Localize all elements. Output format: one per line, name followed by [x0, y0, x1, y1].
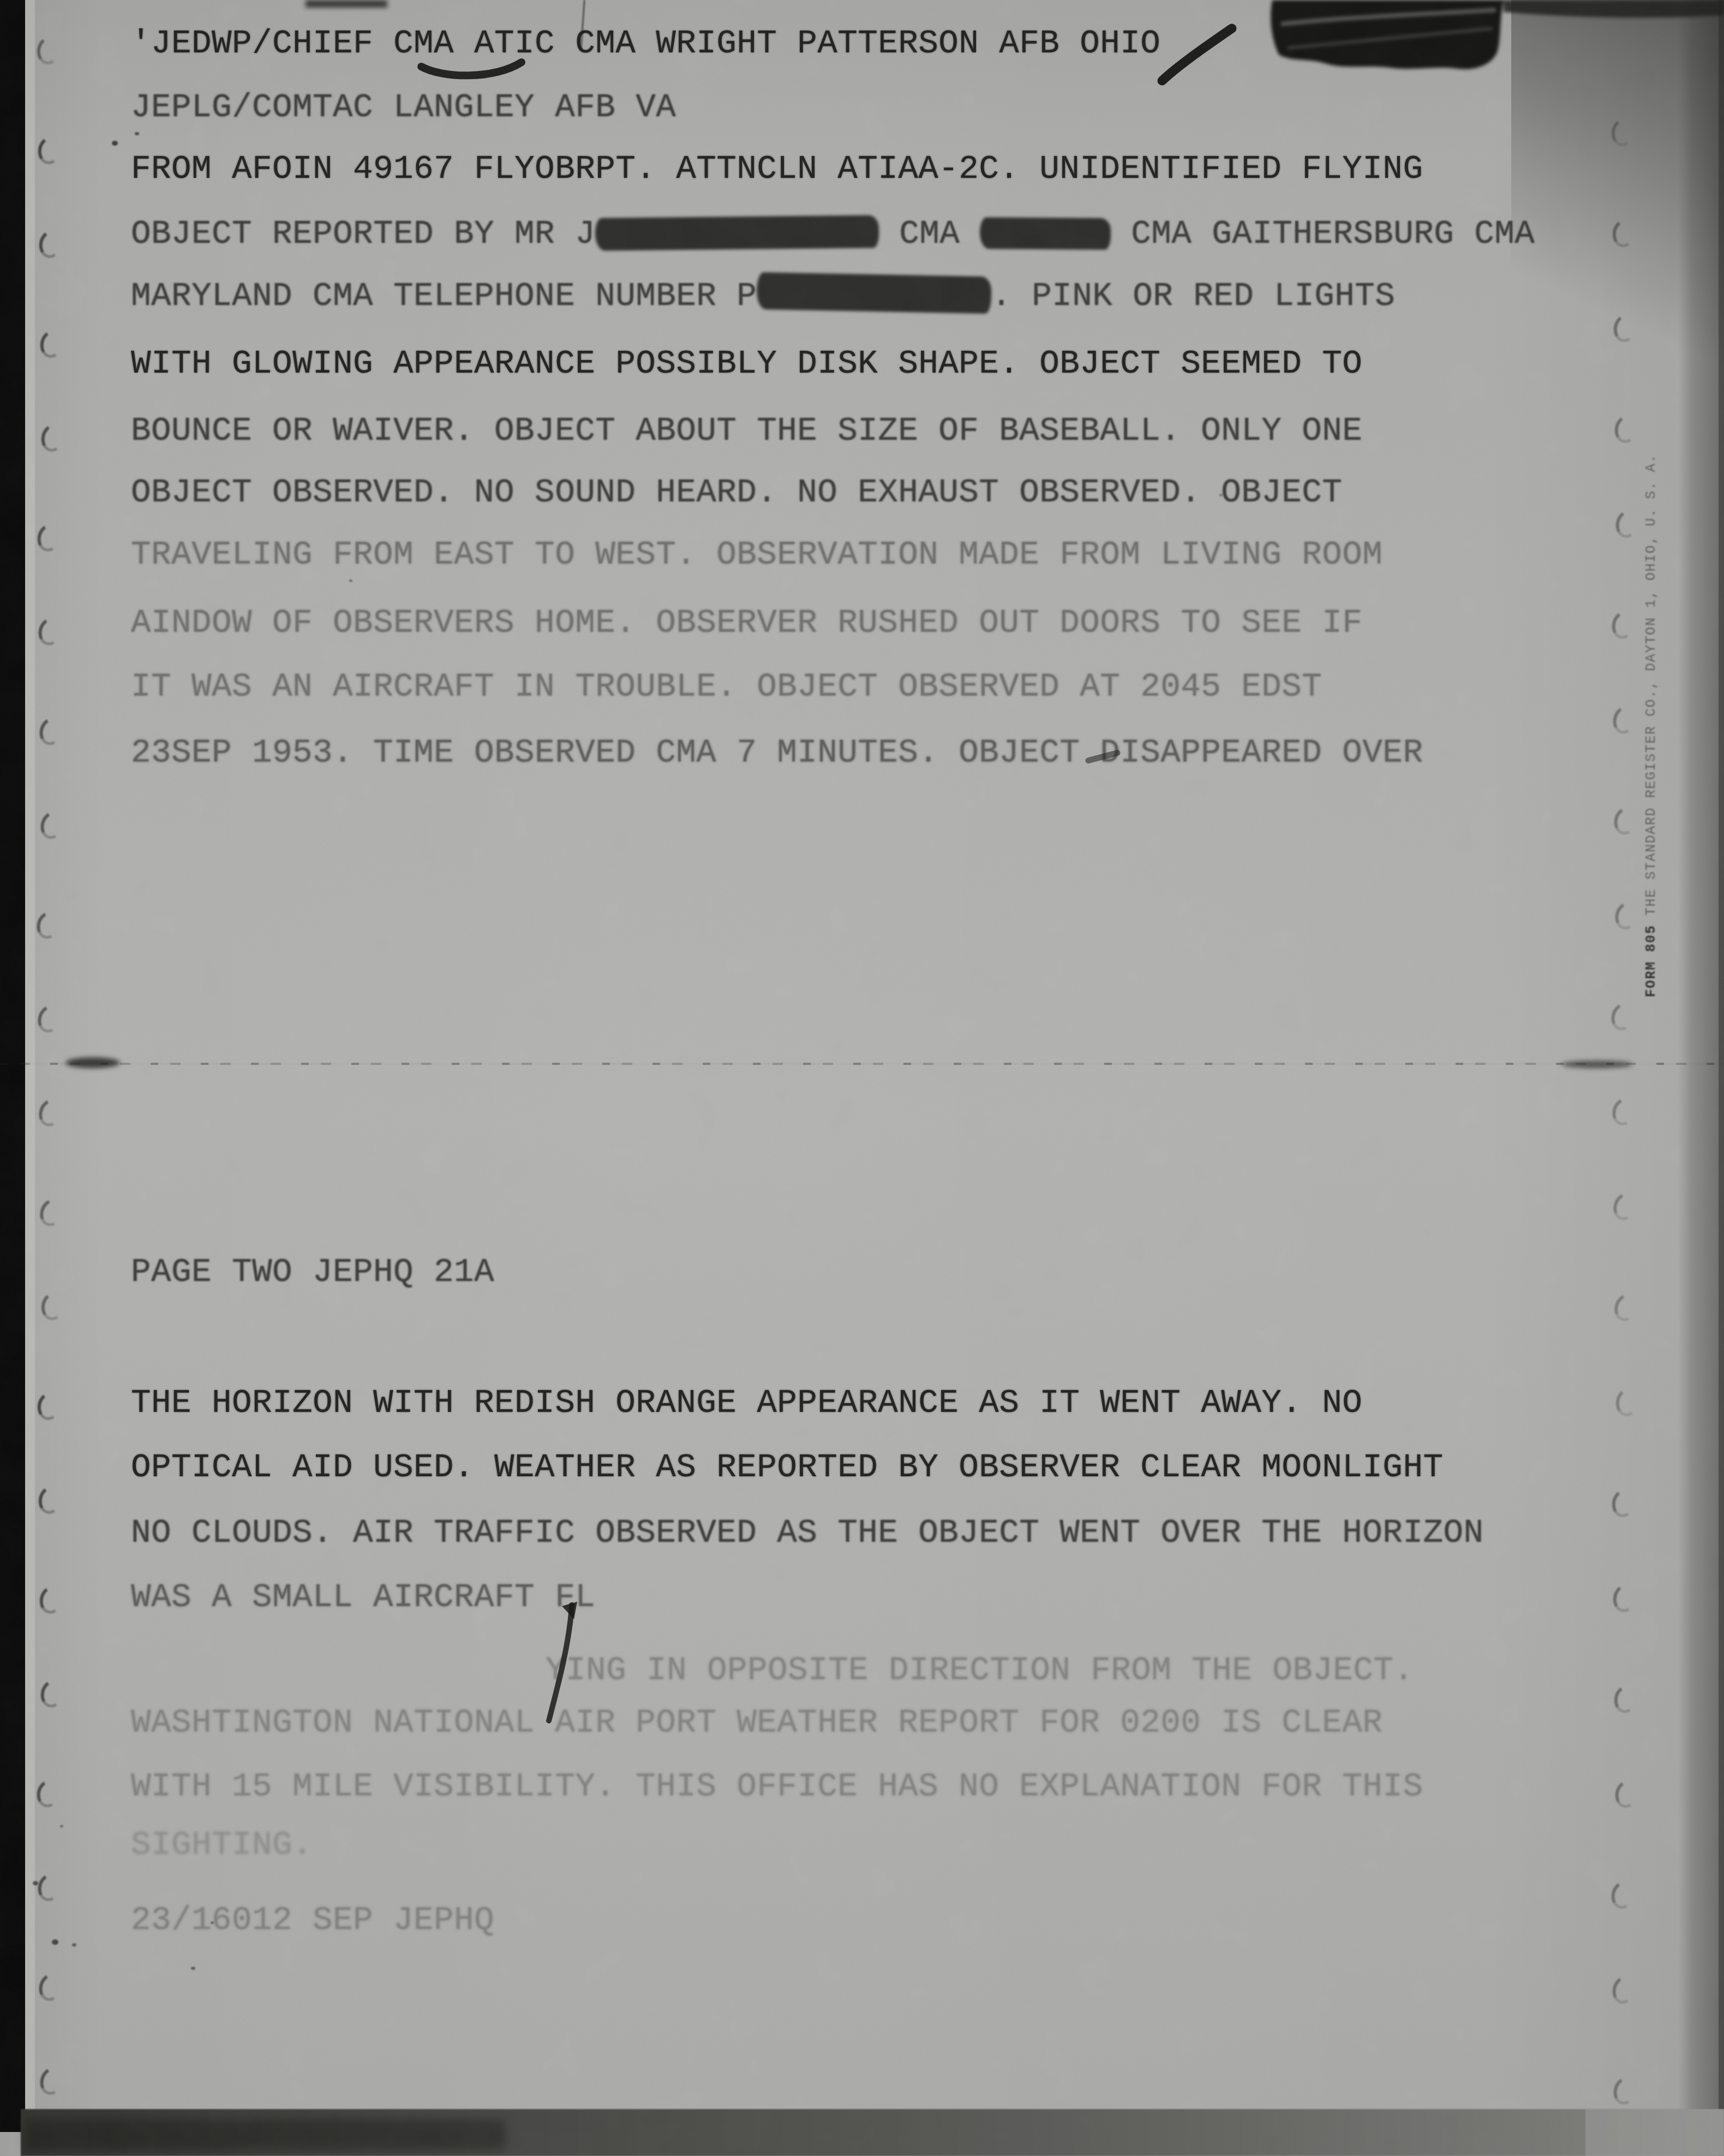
dust-speck: [33, 1881, 38, 1885]
dust-speck: [1219, 494, 1223, 496]
dust-speck: [112, 141, 118, 146]
dust-speck: [211, 1921, 214, 1924]
scanned-teletype-document: 'JEDWP/CHIEF CMA ATIC CMA WRIGHT PATTERS…: [0, 0, 1724, 2156]
dust-speck: [349, 579, 352, 582]
dust-speck: [52, 1939, 58, 1945]
paper-grain-overlay: [0, 0, 1724, 2156]
dust-speck: [60, 1825, 63, 1828]
